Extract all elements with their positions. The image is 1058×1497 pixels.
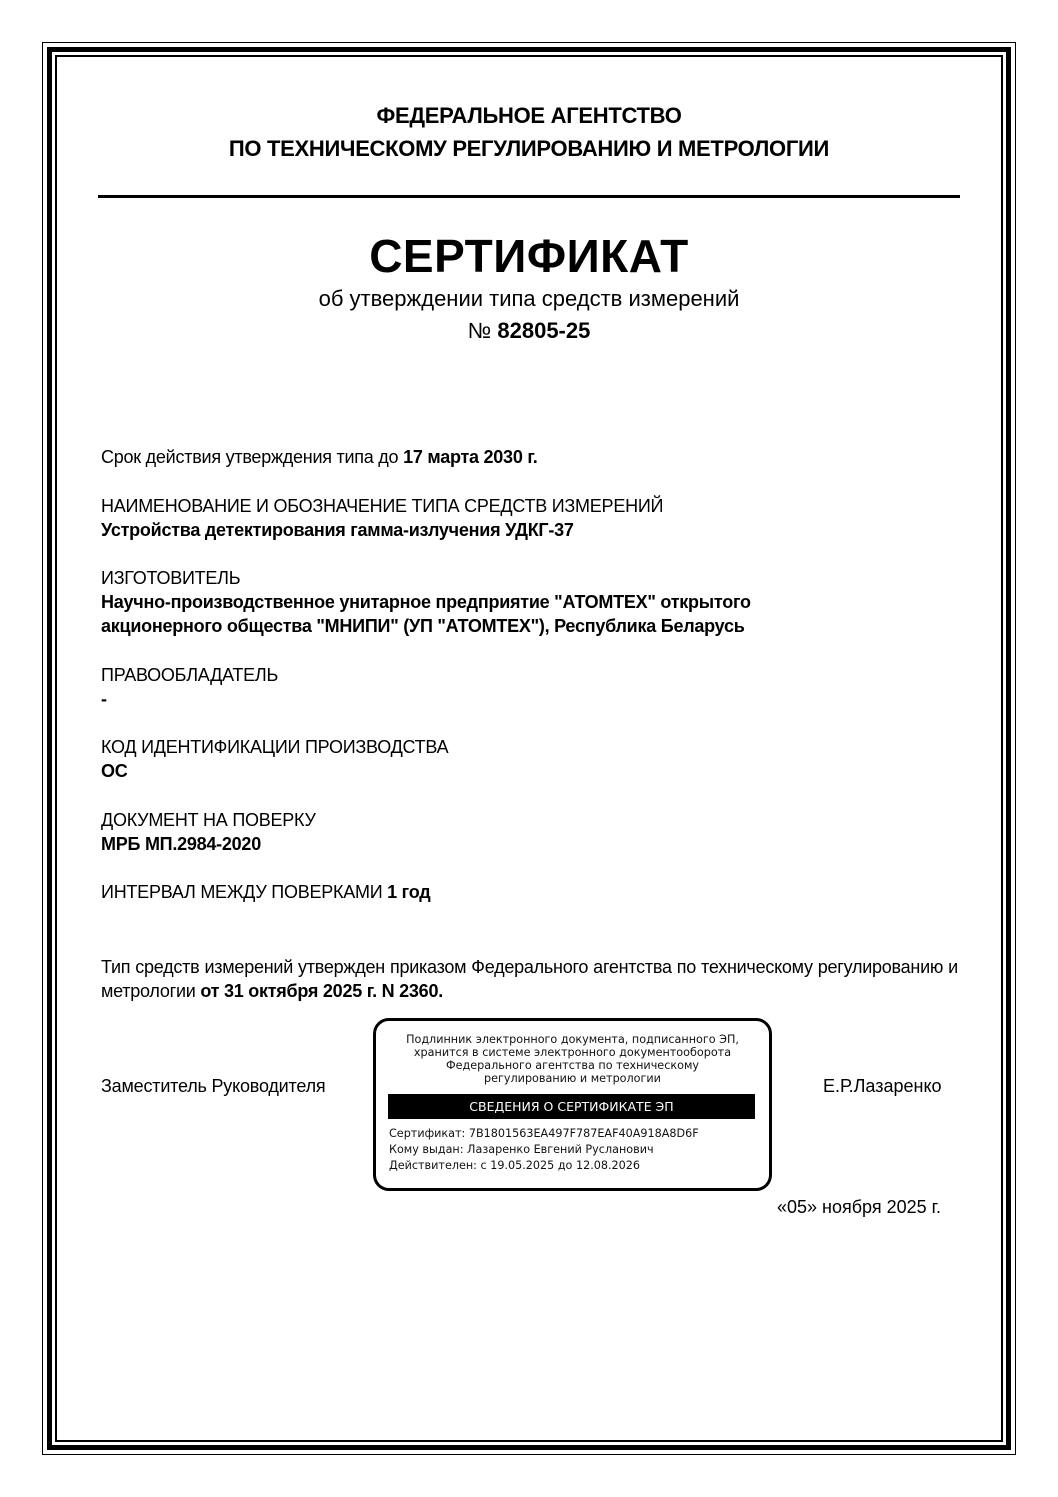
validity-label: Срок действия утверждения типа до xyxy=(101,447,398,467)
approval-paragraph: Тип средств измерений утвержден приказом… xyxy=(101,955,958,1003)
manufacturer-label: ИЗГОТОВИТЕЛЬ xyxy=(101,566,240,590)
interval-field: ИНТЕРВАЛ МЕЖДУ ПОВЕРКАМИ 1 год xyxy=(101,880,430,904)
stamp-validity: Действителен: с 19.05.2025 до 12.08.2026 xyxy=(389,1158,699,1174)
manufacturer-value-line-1: Научно-производственное унитарное предпр… xyxy=(101,590,751,614)
verification-doc-label: ДОКУМЕНТ НА ПОВЕРКУ xyxy=(101,808,316,832)
verification-doc-value: МРБ МП.2984-2020 xyxy=(101,832,261,856)
stamp-cert-info: Сертификат: 7B1801563EA497F787EAF40A918A… xyxy=(389,1126,699,1174)
rightholder-label: ПРАВООБЛАДАТЕЛЬ xyxy=(101,663,278,687)
certificate-number: № 82805-25 xyxy=(0,318,1058,344)
type-name-value: Устройства детектирования гамма-излучени… xyxy=(101,518,574,542)
stamp-issued-to: Кому выдан: Лазаренко Евгений Русланович xyxy=(389,1142,699,1158)
certificate-subtitle: об утверждении типа средств измерений xyxy=(0,286,1058,312)
certificate-title: СЕРТИФИКАТ xyxy=(0,229,1058,283)
electronic-signature-stamp: Подлинник электронного документа, подпис… xyxy=(373,1018,772,1191)
rightholder-value: - xyxy=(101,687,107,711)
stamp-notice-line-4: регулированию и метрологии xyxy=(376,1072,769,1085)
stamp-notice-line-2: хранится в системе электронного документ… xyxy=(376,1046,769,1059)
type-name-label: НАИМЕНОВАНИЕ И ОБОЗНАЧЕНИЕ ТИПА СРЕДСТВ … xyxy=(101,494,663,518)
agency-name: ФЕДЕРАЛЬНОЕ АГЕНТСТВО ПО ТЕХНИЧЕСКОМУ РЕ… xyxy=(0,99,1058,165)
stamp-cert-serial: Сертификат: 7B1801563EA497F787EAF40A918A… xyxy=(389,1126,699,1142)
validity-value: 17 марта 2030 г. xyxy=(403,447,537,467)
signature-date: «05» ноября 2025 г. xyxy=(777,1197,941,1218)
interval-label: ИНТЕРВАЛ МЕЖДУ ПОВЕРКАМИ xyxy=(101,882,382,902)
approval-order-ref: от 31 октября 2025 г. N 2360. xyxy=(200,981,443,1001)
stamp-notice: Подлинник электронного документа, подпис… xyxy=(376,1033,769,1085)
manufacturer-value-line-2: акционерного общества "МНИПИ" (УП "АТОМТ… xyxy=(101,614,745,638)
certificate-page: ФЕДЕРАЛЬНОЕ АГЕНТСТВО ПО ТЕХНИЧЕСКОМУ РЕ… xyxy=(0,0,1058,1497)
stamp-notice-line-1: Подлинник электронного документа, подпис… xyxy=(376,1033,769,1046)
production-code-value: ОС xyxy=(101,759,128,783)
signatory-name: Е.Р.Лазаренко xyxy=(823,1076,942,1097)
stamp-notice-line-3: Федерального агентства по техническому xyxy=(376,1059,769,1072)
production-code-label: КОД ИДЕНТИФИКАЦИИ ПРОИЗВОДСТВА xyxy=(101,735,448,759)
certificate-number-value: 82805-25 xyxy=(497,318,590,343)
number-sign: № xyxy=(468,318,492,343)
validity-field: Срок действия утверждения типа до 17 мар… xyxy=(101,445,538,469)
agency-line-1: ФЕДЕРАЛЬНОЕ АГЕНТСТВО xyxy=(0,99,1058,132)
header-divider xyxy=(98,195,960,198)
stamp-banner: СВЕДЕНИЯ О СЕРТИФИКАТЕ ЭП xyxy=(388,1094,755,1119)
agency-line-2: ПО ТЕХНИЧЕСКОМУ РЕГУЛИРОВАНИЮ И МЕТРОЛОГ… xyxy=(0,132,1058,165)
interval-value: 1 год xyxy=(387,882,430,902)
signatory-position: Заместитель Руководителя xyxy=(101,1076,325,1097)
